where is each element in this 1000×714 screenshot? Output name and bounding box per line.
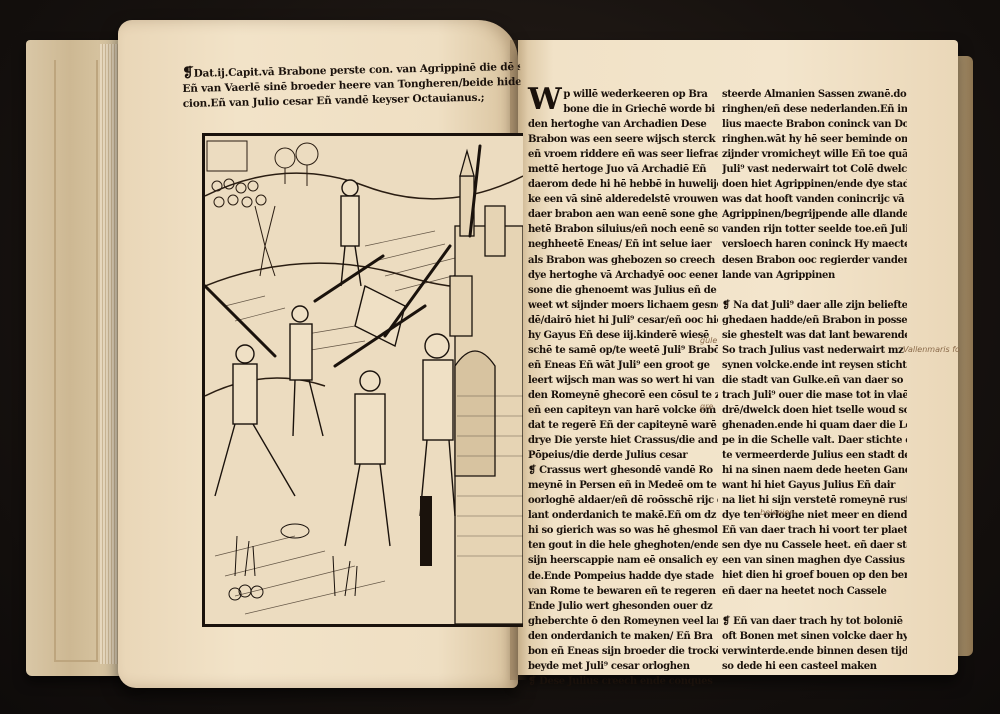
text-column-2: steerde Almanien Sassen zwanē.do ringhen… <box>722 87 907 674</box>
text-line: den hertoghe van Archadien Dese <box>528 117 718 132</box>
text-line: oorloghē aldaer/eñ dē roōsschē rijc dz <box>528 493 718 508</box>
text-line: ringhen.wāt hy hē seer beminde om <box>722 132 907 147</box>
text-line: Brabon was een seere wijsch sterck <box>528 132 718 147</box>
text-line: so dede hi een casteel maken <box>722 659 907 674</box>
text-line: eñ vroem riddere eñ was seer liefrael <box>528 147 718 162</box>
text-line: lant onderdanich te makē.Eñ om dz <box>528 508 718 523</box>
text-line: mettē hertoge Juo vā Archadiē Eñ <box>528 162 718 177</box>
text-line: ❡ Eñ van daer trach hy tot boloniē <box>722 614 907 629</box>
text-line: eñ daer na heetet noch Cassele <box>722 584 907 599</box>
margin-note: gule <box>700 336 717 345</box>
text-line: meynē in Persen eñ in Medeē om te <box>528 478 718 493</box>
text-line: eñ Eneas Eñ wāt Juli⁹ een groot ge <box>528 358 718 373</box>
text-line: drye Die yerste hiet Crassus/die and <box>528 433 718 448</box>
text-line: lius maecte Brabon coninck van Do <box>722 117 907 132</box>
text-line: ❡ Crassus wert ghesondē vandē Ro <box>528 463 718 478</box>
text-line: dat te regerē Eñ der capiteynē warē <box>528 418 718 433</box>
text-line: dye hertoghe vā Archadyē ooc eenen <box>528 268 718 283</box>
text-line: beyde met Juli⁹ cesar orloghen <box>528 659 718 674</box>
text-line: bon eñ Eneas sijn broeder die trockē <box>528 644 718 659</box>
text-line: schē te samē op/te weetē Juli⁹ Brabō <box>528 343 718 358</box>
cover-edge <box>54 60 98 662</box>
text-line: den onderdanich te maken/ Eñ Bra <box>528 629 718 644</box>
text-line: ghedaen hadde/eñ Brabon in possel <box>722 313 907 328</box>
text-line: bone die in Griechē worde bi <box>563 102 718 117</box>
text-line: versloech haren coninck Hy maecte <box>722 237 907 252</box>
paragraph-mark-icon: ❡ <box>182 65 194 81</box>
text-line: was dat hooft vanden conincrijc vā <box>722 192 907 207</box>
text-line: ❡ Na dat Juli⁹ daer alle zijn beliefte <box>722 298 907 313</box>
margin-note: bolonien <box>760 508 794 517</box>
text-line: Ende Julio wert ghesonden ouer dz <box>528 599 718 614</box>
text-line: trach Juli⁹ ouer die mase tot in vlaē <box>722 388 907 403</box>
text-column-1: W p willē wederkeeren op Bra bone die in… <box>528 87 718 689</box>
text-line: ke een vā sinē alderedelstē vrouwen. <box>528 192 718 207</box>
text-line: oft Bonen met sinen volcke daer hy <box>722 629 907 644</box>
text-line: pe in die Schelle valt. Daer stichte of <box>722 433 907 448</box>
text-line: hi na sinen naem dede heeten Gand <box>722 463 907 478</box>
text-line: hiet dien hi groef bouen op den berch <box>722 568 907 583</box>
text-line: ten gout in die hele gheghoten/ende <box>528 538 718 553</box>
text-line: als Brabon was ghebozen so creech <box>528 253 718 268</box>
text-line: van Rome te bewaren eñ te regeren <box>528 584 718 599</box>
text-line: leert wijsch man was so wert hi van <box>528 373 718 388</box>
text-line: sen dye nu Cassele heet. eñ daer sterf <box>722 538 907 553</box>
woodcut-illustration <box>202 133 523 627</box>
woodcut-knights-battle-icon <box>205 136 523 624</box>
text-line: neghheetē Eneas/ Eñ int selue iaer <box>528 237 718 252</box>
text-line: hy Gayus Eñ dese iij.kinderē wiesē <box>528 328 718 343</box>
text-line: te vermeerderde Julius een stadt de <box>722 448 907 463</box>
text-line: doen hiet Agrippinen/ende dye stade <box>722 177 907 192</box>
text-line: gheberchte ō den Romeynen veel lan <box>528 614 718 629</box>
text-line: drē/dwelck doen hiet tselle woud sonō <box>722 403 907 418</box>
text-line: dē/dairō hiet hi Juli⁹ cesar/eñ ooc hiet <box>528 313 718 328</box>
text-line: ghenaden.ende hi quam daer die Le <box>722 418 907 433</box>
text-line: Eñ van daer trach hi voort ter plaet <box>722 523 907 538</box>
text-line: ringhen/eñ dese nederlanden.Eñ in <box>722 102 907 117</box>
margin-note: gre <box>700 402 713 411</box>
text-line: den Romeynē ghecorē een cōsul te zijn <box>528 388 718 403</box>
text-line: lande van Agrippinen <box>722 268 907 283</box>
text-line: na liet hi sijn verstetē romeynē ruste <box>722 493 907 508</box>
text-line: daer brabon aen wan eenē sone ghe/ <box>528 207 718 222</box>
text-line: weet wt sijnder moers lichaem gesne <box>528 298 718 313</box>
text-line: p willē wederkeeren op Bra <box>563 87 718 102</box>
text-line: Juli⁹ vast nederwairt tot Colē dwelc <box>722 162 907 177</box>
text-line: die stadt van Gulke.eñ van daer so <box>722 373 907 388</box>
text-line: verwinterde.ende binnen desen tijde <box>722 644 907 659</box>
text-line: daerom dede hi hē hebbē in huwelijc <box>528 177 718 192</box>
text-line: So trach Julius vast nederwairt mz <box>722 343 907 358</box>
text-line: vanden rijn totter seelde toe.eñ Juli⁹ <box>722 222 907 237</box>
text-line: zijnder vromicheyt wille Eñ toe quā <box>722 147 907 162</box>
paragraph-gap <box>722 599 907 614</box>
text-line: want hi hiet Gayus Julius Eñ dair <box>722 478 907 493</box>
text-line: steerde Almanien Sassen zwanē.do <box>722 87 907 102</box>
text-line: dye ten orloghe niet meer en dienden <box>722 508 907 523</box>
text-line: eñ een capiteyn van harē volcke om <box>528 403 718 418</box>
chapter-heading: ❡Dat.ij.Capit.vā Brabone perste con. van… <box>182 59 521 112</box>
text-line: Pōpeius/die derde Julius cesar <box>528 448 718 463</box>
margin-note: Vallenmaris fo <box>903 345 960 354</box>
text-line: hi so gierich was so was hē ghesmol <box>528 523 718 538</box>
text-line: de.Ende Pompeius hadde dye stade <box>528 569 718 584</box>
drop-cap-initial: W <box>528 87 561 113</box>
text-line: een van sinen maghen dye Cassius <box>722 553 907 568</box>
text-line: hetē Brabon siluius/eñ noch eenē so <box>528 222 718 237</box>
text-line: desen Brabon ooc regierder vanden <box>722 253 907 268</box>
text-line: ❡ Dese Julius creech ende conques <box>528 674 718 689</box>
text-line: Agrippinen/begrijpende alle dlande <box>722 207 907 222</box>
text-line: synen volcke.ende int reysen stichte hi <box>722 358 907 373</box>
paragraph-gap <box>722 283 907 298</box>
text-line: sie ghestelt was dat lant bewarende <box>722 328 907 343</box>
text-line: sijn heerscappie nam eē onsalich eyn <box>528 553 718 568</box>
text-line: sone die ghenoemt was Julius eñ de <box>528 283 718 298</box>
